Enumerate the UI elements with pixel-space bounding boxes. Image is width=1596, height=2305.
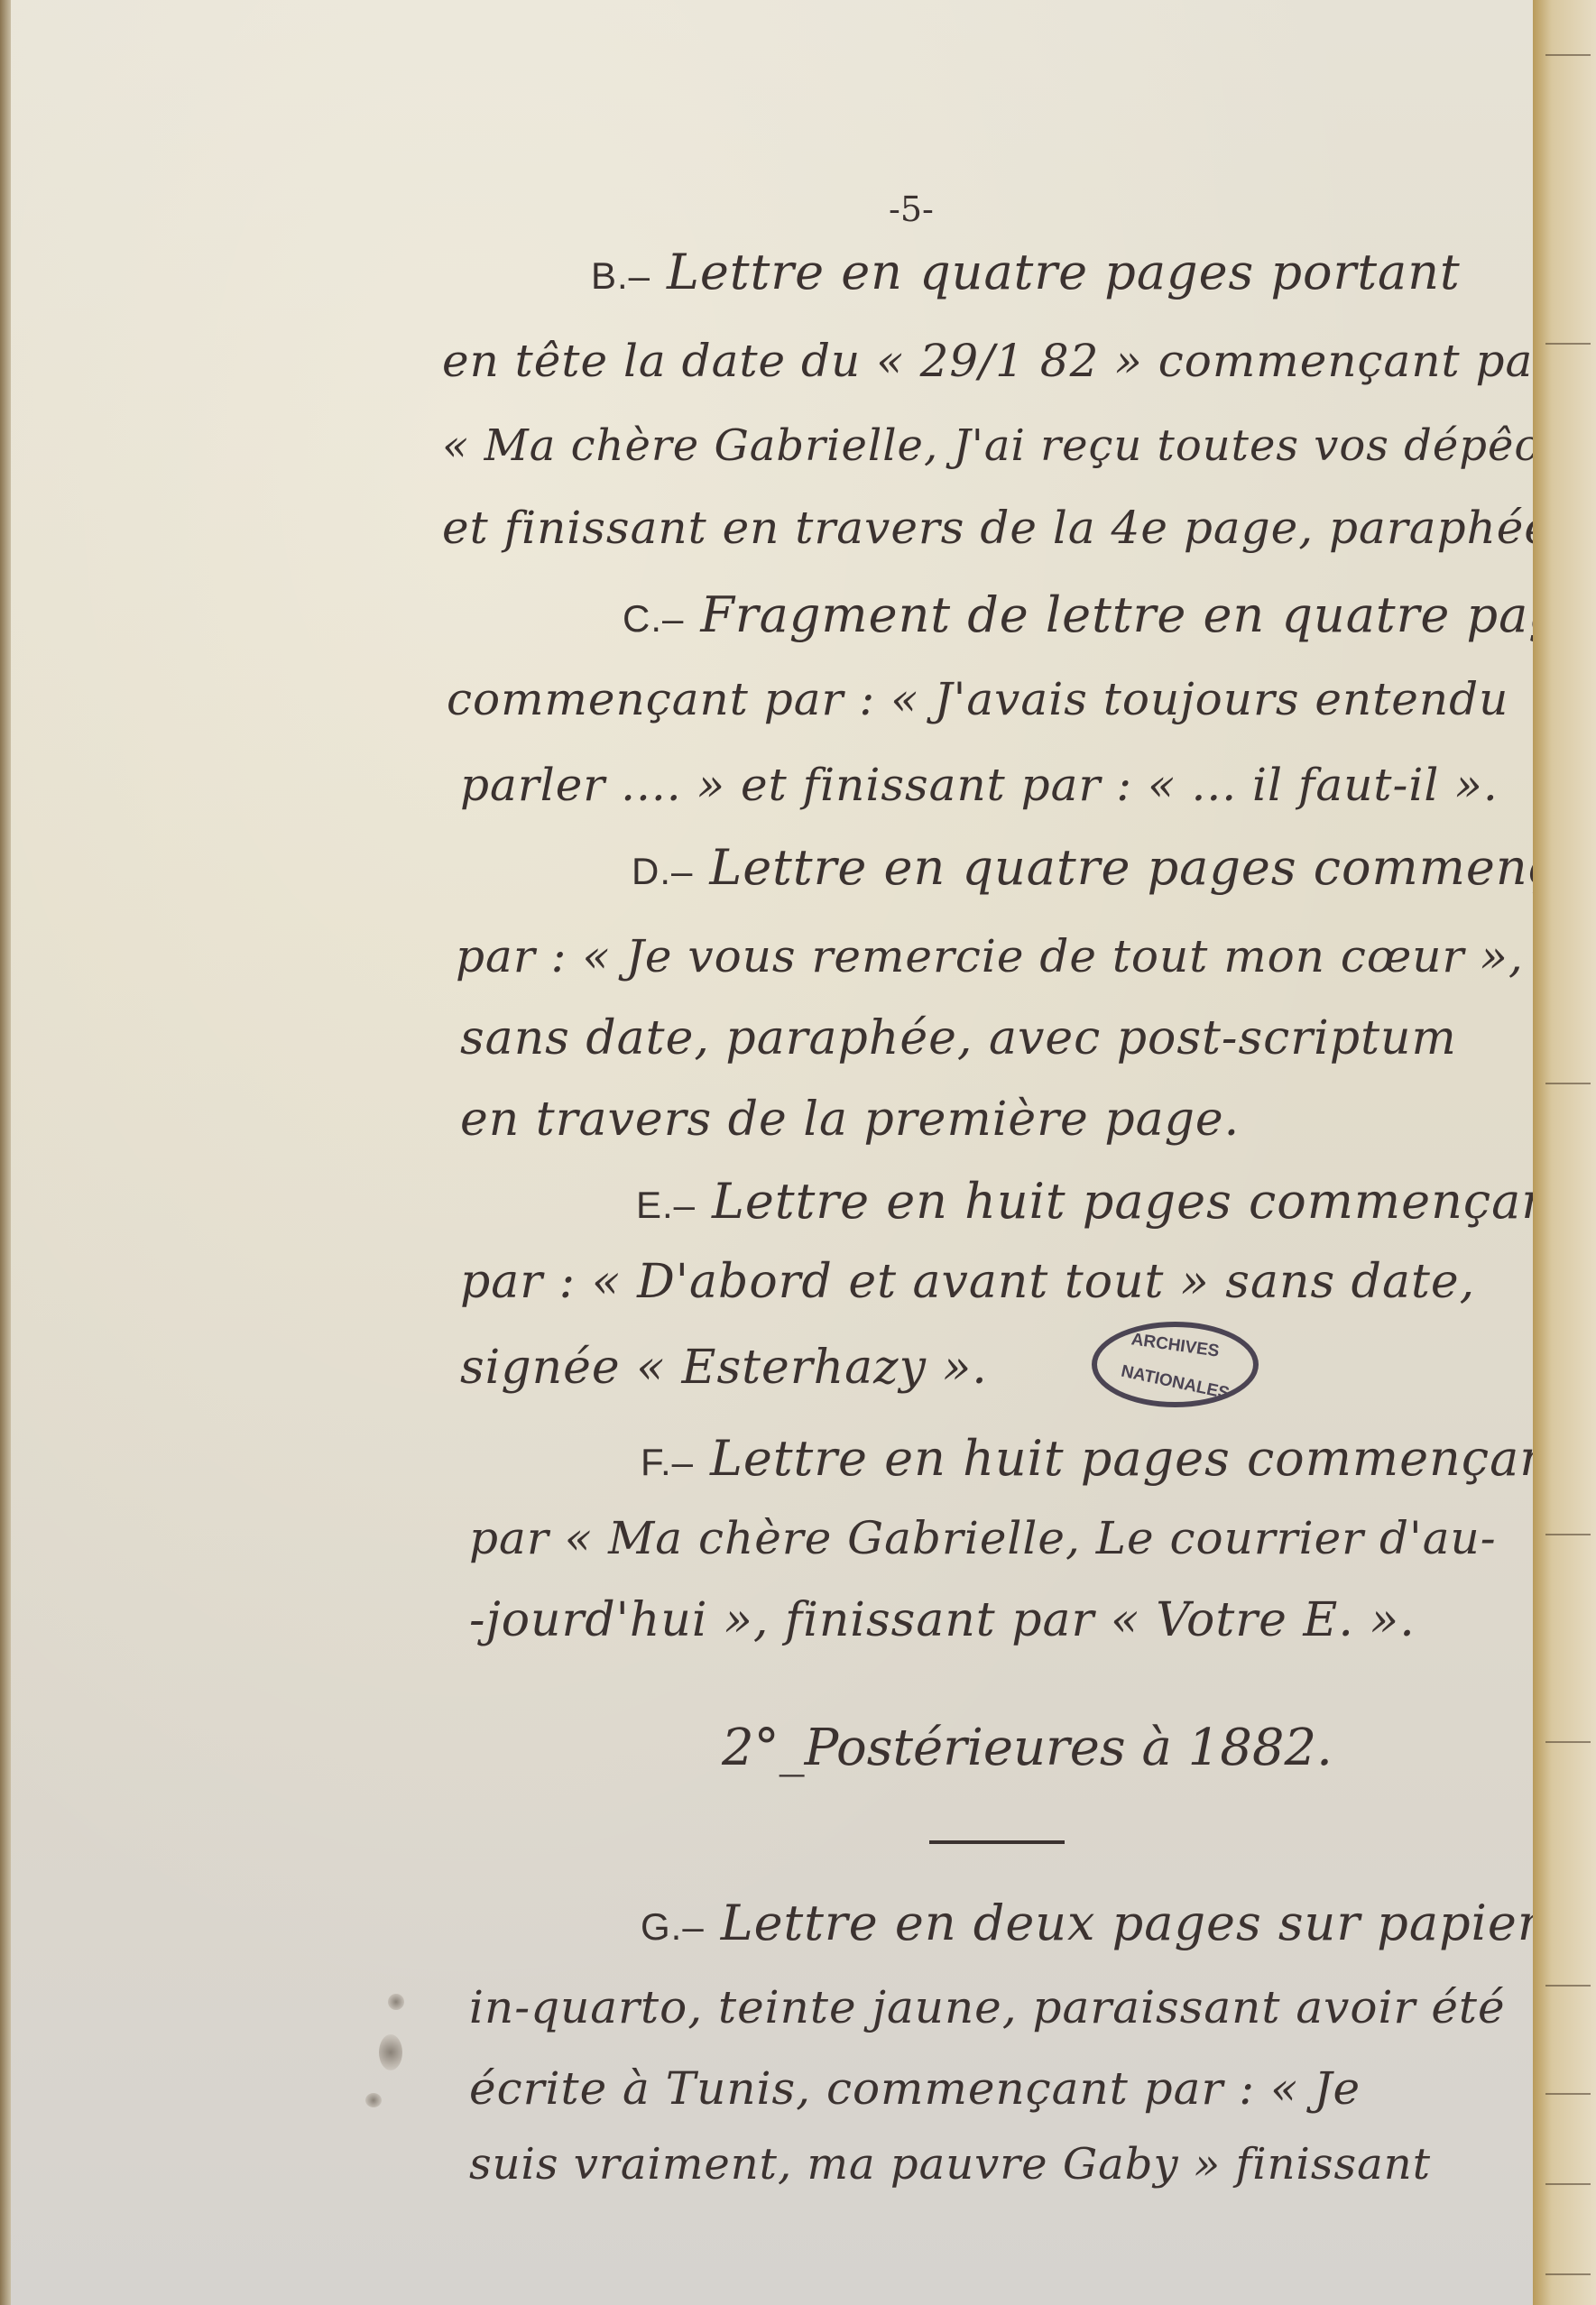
entry-label-b: B.– [591, 254, 650, 297]
entry-b-line-4: et finissant en travers de la 4e page, p… [442, 505, 1567, 550]
entry-label-e: E.– [636, 1184, 696, 1226]
entry-e-line-3: signée « Esterhazy ». [460, 1344, 988, 1391]
entry-f-line-3: -jourd'hui », finissant par « Votre E. »… [469, 1597, 1416, 1644]
entry-e-line-1: E.–Lettre en huit pages commençant [636, 1177, 1574, 1226]
entry-f-line-1: F.–Lettre en huit pages commençant [641, 1434, 1573, 1483]
entry-g-line-4: suis vraiment, ma pauvre Gaby » finissan… [469, 2143, 1431, 2186]
page-number: -5- [889, 189, 934, 229]
entry-label-c: C.– [623, 597, 684, 640]
entry-d-line-3: sans date, paraphée, avec post-scriptum [460, 1015, 1457, 1062]
entry-label-d: D.– [632, 850, 693, 892]
entry-g-line-3: écrite à Tunis, commençant par : « Je [469, 2066, 1361, 2111]
entry-g-line-1: G.–Lettre en deux pages sur papier [641, 1899, 1542, 1948]
page-left-edge [0, 0, 11, 2305]
entry-label-g: G.– [641, 1905, 705, 1948]
entry-b-line-1: B.–Lettre en quatre pages portant [591, 248, 1461, 297]
entry-b-line-3: « Ma chère Gabrielle, J'ai reçu toutes v… [442, 424, 1596, 467]
entry-b-line-2: en tête la date du « 29/1 82 » commençan… [442, 338, 1555, 383]
entry-f-line-2: par « Ma chère Gabrielle, Le courrier d'… [469, 1516, 1497, 1561]
entry-d-line-2: par : « Je vous remercie de tout mon cœu… [456, 934, 1524, 979]
underlying-page-edge [1533, 0, 1596, 2305]
entry-c-line-3: parler .... » et finissant par : « ... i… [460, 762, 1499, 807]
heading-rule [929, 1840, 1065, 1844]
entry-e-line-2: par : « D'abord et avant tout » sans dat… [460, 1259, 1475, 1305]
archives-nationales-stamp: ARCHIVES NATIONALES [1092, 1322, 1259, 1407]
entry-d-line-4: en travers de la première page. [460, 1096, 1240, 1143]
entry-label-f: F.– [641, 1441, 694, 1483]
section-heading: 2°_Postérieures à 1882. [722, 1719, 1333, 1777]
entry-g-line-2: in-quarto, teinte jaune, paraissant avoi… [469, 1985, 1506, 2030]
entry-c-line-2: commençant par : « J'avais toujours ente… [447, 677, 1508, 722]
manuscript-page: -5- B.–Lettre en quatre pages portant en… [0, 0, 1556, 2305]
entry-c-line-1: C.–Fragment de lettre en quatre pages, [623, 591, 1596, 640]
entry-d-line-1: D.–Lettre en quatre pages commençant [632, 844, 1596, 892]
